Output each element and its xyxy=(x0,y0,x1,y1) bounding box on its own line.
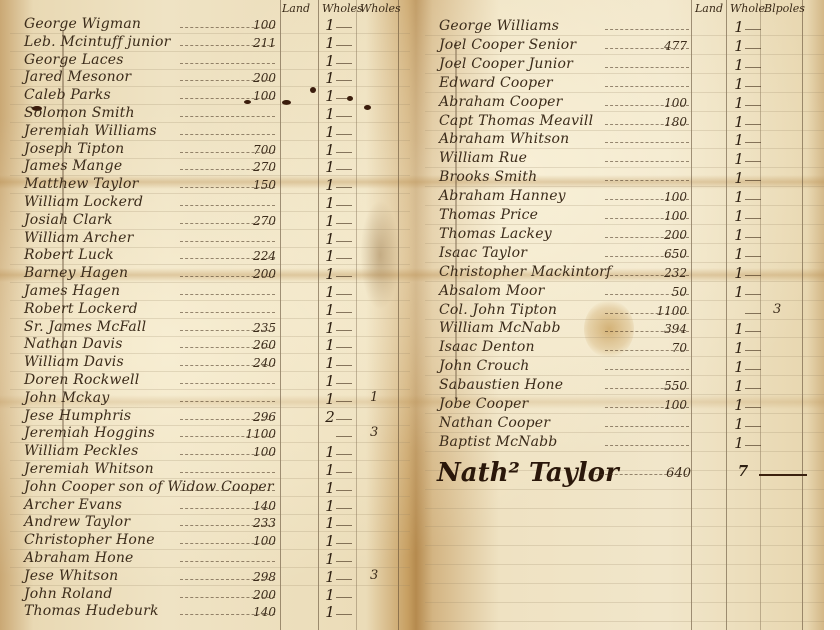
whole-count: 1 xyxy=(731,150,747,168)
tally-mark xyxy=(336,312,352,313)
taxpayer-name: Joel Cooper Senior xyxy=(439,37,576,53)
tally-mark xyxy=(745,445,761,446)
tally-mark xyxy=(336,383,352,384)
land-value: 140 xyxy=(236,499,276,513)
tally-mark xyxy=(745,161,761,162)
total-mark xyxy=(759,474,807,476)
taxpayer-name: Abraham Cooper xyxy=(439,94,563,110)
land-value: 260 xyxy=(236,338,276,352)
leader-dash xyxy=(605,369,689,370)
tally-mark xyxy=(336,525,352,526)
taxpayer-name: James Mange xyxy=(24,158,122,174)
tally-mark xyxy=(745,426,761,427)
tally-mark xyxy=(336,152,352,153)
land-value: 140 xyxy=(236,605,276,619)
tally-mark xyxy=(745,124,761,125)
tally-mark xyxy=(336,614,352,615)
table-row: Baptist McNabb 1 xyxy=(425,434,830,456)
tally-mark xyxy=(336,98,352,99)
land-value: 100 xyxy=(647,96,687,110)
land-value: 550 xyxy=(647,379,687,393)
taxpayer-name: Baptist McNabb xyxy=(439,434,557,450)
taxpayer-name: Jeremiah Hoggins xyxy=(24,425,155,441)
taxpayer-name: John Roland xyxy=(24,586,113,602)
ruled-line xyxy=(425,621,830,622)
taxpayer-name: Abraham Whitson xyxy=(439,131,569,147)
tally-mark xyxy=(336,223,352,224)
signature-whole: 7 xyxy=(735,462,751,480)
land-value: 50 xyxy=(647,285,687,299)
tally-mark xyxy=(336,419,352,420)
ruled-line xyxy=(425,583,830,584)
tally-mark xyxy=(336,205,352,206)
leader-dash xyxy=(605,426,689,427)
tally-mark xyxy=(336,241,352,242)
tally-mark xyxy=(745,237,761,238)
whole-count: 1 xyxy=(322,586,338,604)
taxpayer-name: Abraham Hone xyxy=(24,550,134,566)
tally-mark xyxy=(745,275,761,276)
leader-dash xyxy=(180,134,275,135)
taxpayer-name: Jeremiah Whitson xyxy=(24,461,154,477)
taxpayer-name: Leb. Mcintuff junior xyxy=(24,34,171,50)
land-value: 100 xyxy=(647,209,687,223)
signature: Nath² Taylor xyxy=(437,458,619,488)
whole-count: 1 xyxy=(731,320,747,338)
whole-count: 1 xyxy=(731,18,747,36)
tally-mark xyxy=(336,347,352,348)
whole-count: 1 xyxy=(731,131,747,149)
whole-count: 1 xyxy=(322,105,338,123)
taxpayer-name: Brooks Smith xyxy=(439,169,537,185)
tally-mark xyxy=(336,169,352,170)
taxpayer-name: William Lockerd xyxy=(24,194,143,210)
whole-count: 1 xyxy=(322,354,338,372)
land-value: 235 xyxy=(236,321,276,335)
tally-mark xyxy=(336,294,352,295)
land-value: 394 xyxy=(647,322,687,336)
land-value: 180 xyxy=(647,115,687,129)
tally-mark xyxy=(336,472,352,473)
land-value: 100 xyxy=(236,18,276,32)
whole-count: 1 xyxy=(322,532,338,550)
extra-count: 3 xyxy=(370,425,378,440)
leader-dash xyxy=(605,67,689,68)
whole-count: 1 xyxy=(731,377,747,395)
whole-count: 1 xyxy=(322,603,338,621)
ruled-line xyxy=(425,564,830,565)
taxpayer-name: Jese Humphris xyxy=(24,408,131,424)
tally-mark xyxy=(745,331,761,332)
whole-count: 1 xyxy=(731,75,747,93)
land-value: 296 xyxy=(236,410,276,424)
taxpayer-name: Matthew Taylor xyxy=(24,176,139,192)
table-row: Thomas Hudeburk 140 1 xyxy=(10,603,410,625)
tally-mark xyxy=(745,199,761,200)
whole-count: 1 xyxy=(322,461,338,479)
tally-mark xyxy=(336,401,352,402)
whole-count: 1 xyxy=(322,158,338,176)
ruled-line xyxy=(425,508,830,509)
land-value: 200 xyxy=(647,228,687,242)
tally-mark xyxy=(336,597,352,598)
tally-mark xyxy=(745,313,761,314)
land-value: 1100 xyxy=(236,427,276,441)
land-value: 200 xyxy=(236,267,276,281)
tally-mark xyxy=(336,454,352,455)
taxpayer-name: Jobe Cooper xyxy=(439,396,528,412)
taxpayer-name: Robert Luck xyxy=(24,247,114,263)
whole-count: 1 xyxy=(322,372,338,390)
taxpayer-name: Thomas Hudeburk xyxy=(24,603,159,619)
whole-count: 1 xyxy=(322,265,338,283)
whole-count: 1 xyxy=(322,194,338,212)
land-value: 150 xyxy=(236,178,276,192)
whole-count: 2 xyxy=(322,408,338,426)
tally-mark xyxy=(745,67,761,68)
land-value: 211 xyxy=(236,36,276,50)
extra-count: 1 xyxy=(370,390,378,405)
taxpayer-name: Nathan Davis xyxy=(24,336,123,352)
whole-count: 1 xyxy=(731,283,747,301)
whole-count: 1 xyxy=(731,339,747,357)
tally-mark xyxy=(745,294,761,295)
whole-count: 1 xyxy=(731,264,747,282)
leader-dash xyxy=(605,29,689,30)
whole-count: 1 xyxy=(731,56,747,74)
land-value: 240 xyxy=(236,356,276,370)
land-value: 70 xyxy=(647,341,687,355)
taxpayer-name: Archer Evans xyxy=(24,497,122,513)
leader-dash xyxy=(180,490,275,491)
whole-count: 1 xyxy=(322,497,338,515)
taxpayer-name: Absalom Moor xyxy=(439,283,545,299)
whole-count: 1 xyxy=(322,247,338,265)
tally-mark xyxy=(745,350,761,351)
extra-count: 3 xyxy=(370,568,378,583)
land-value: 298 xyxy=(236,570,276,584)
leader-dash xyxy=(180,294,275,295)
header-wholes-2: Wholes xyxy=(360,2,401,15)
whole-count: 1 xyxy=(731,396,747,414)
whole-count: 1 xyxy=(322,230,338,248)
taxpayer-name: Doren Rockwell xyxy=(24,372,139,388)
taxpayer-name: George Laces xyxy=(24,52,124,68)
leader-dash xyxy=(180,312,275,313)
tally-mark xyxy=(336,543,352,544)
land-value: 100 xyxy=(236,534,276,548)
land-value: 700 xyxy=(236,143,276,157)
leader-dash xyxy=(180,472,275,473)
whole-count: 1 xyxy=(322,52,338,70)
land-value: 100 xyxy=(647,398,687,412)
whole-count: 1 xyxy=(322,34,338,52)
whole-count: 1 xyxy=(322,443,338,461)
taxpayer-name: Robert Lockerd xyxy=(24,301,138,317)
whole-count: 1 xyxy=(322,283,338,301)
tally-mark xyxy=(336,276,352,277)
land-value: 224 xyxy=(236,249,276,263)
tally-mark xyxy=(745,29,761,30)
tally-mark xyxy=(336,330,352,331)
whole-count: 1 xyxy=(322,176,338,194)
taxpayer-name: Col. John Tipton xyxy=(439,302,557,318)
whole-count: 1 xyxy=(731,113,747,131)
taxpayer-name: Joseph Tipton xyxy=(24,141,124,157)
tally-mark xyxy=(336,134,352,135)
tally-mark xyxy=(336,45,352,46)
land-value: 270 xyxy=(236,160,276,174)
document-sheet: Land Wholes Wholes George Wigman 100 1 L… xyxy=(0,0,832,630)
whole-count: 1 xyxy=(731,358,747,376)
header-land: Land xyxy=(695,2,723,15)
whole-count: 1 xyxy=(322,212,338,230)
taxpayer-name: William Davis xyxy=(24,354,124,370)
land-value: 232 xyxy=(647,266,687,280)
whole-count: 1 xyxy=(731,434,747,452)
land-value: 100 xyxy=(236,89,276,103)
whole-count: 1 xyxy=(731,94,747,112)
taxpayer-name: Sabaustien Hone xyxy=(439,377,563,393)
tally-mark xyxy=(745,48,761,49)
header-blpoles: Blpoles xyxy=(764,2,805,15)
land-value: 1100 xyxy=(647,304,687,318)
whole-count: 1 xyxy=(322,141,338,159)
taxpayer-name: George Wigman xyxy=(24,16,141,32)
land-value: 200 xyxy=(236,71,276,85)
tally-mark xyxy=(336,436,352,437)
tally-mark xyxy=(336,27,352,28)
whole-count: 1 xyxy=(322,16,338,34)
leader-dash xyxy=(180,116,275,117)
tally-mark xyxy=(336,187,352,188)
leader-dash xyxy=(180,383,275,384)
taxpayer-name: John Mckay xyxy=(24,390,109,406)
taxpayer-name: George Williams xyxy=(439,18,559,34)
leader-dash xyxy=(605,445,689,446)
leader-dash xyxy=(605,142,689,143)
taxpayer-name: Christopher Hone xyxy=(24,532,155,548)
tally-mark xyxy=(336,579,352,580)
ruled-line xyxy=(425,526,830,527)
ruled-line xyxy=(425,602,830,603)
taxpayer-name: Thomas Lackey xyxy=(439,226,552,242)
leader-dash xyxy=(605,180,689,181)
taxpayer-name: William Rue xyxy=(439,150,527,166)
whole-count: 1 xyxy=(731,415,747,433)
right-page: Land Whole Blpoles George Williams 1 Joe… xyxy=(425,0,830,630)
taxpayer-name: Edward Cooper xyxy=(439,75,553,91)
taxpayer-name: Josiah Clark xyxy=(24,212,113,228)
whole-count: 1 xyxy=(322,301,338,319)
whole-count: 1 xyxy=(731,188,747,206)
tally-mark xyxy=(745,86,761,87)
tally-mark xyxy=(336,258,352,259)
taxpayer-name: Jeremiah Williams xyxy=(24,123,157,139)
tally-mark xyxy=(336,116,352,117)
taxpayer-name: John Crouch xyxy=(439,358,529,374)
tally-mark xyxy=(336,490,352,491)
scan-edge xyxy=(824,0,832,630)
leader-dash xyxy=(180,561,275,562)
whole-count: 1 xyxy=(731,169,747,187)
taxpayer-name: Andrew Taylor xyxy=(24,514,130,530)
tally-mark xyxy=(336,365,352,366)
taxpayer-name: Christopher Mackintorf xyxy=(439,264,611,280)
taxpayer-name: Capt Thomas Meavill xyxy=(439,113,593,129)
taxpayer-name: Joel Cooper Junior xyxy=(439,56,573,72)
taxpayer-name: John Cooper son of Widow Cooper xyxy=(24,479,274,495)
taxpayer-name: Sr. James McFall xyxy=(24,319,146,335)
taxpayer-name: Solomon Smith xyxy=(24,105,135,121)
tally-mark xyxy=(336,80,352,81)
taxpayer-name: Jese Whitson xyxy=(24,568,118,584)
leader-dash xyxy=(180,63,275,64)
tally-mark xyxy=(745,218,761,219)
leader-dash xyxy=(180,241,275,242)
leader-dash xyxy=(180,205,275,206)
land-value: 100 xyxy=(236,445,276,459)
tally-mark xyxy=(745,388,761,389)
ruled-line xyxy=(425,489,830,490)
whole-count: 1 xyxy=(322,319,338,337)
taxpayer-name: William McNabb xyxy=(439,320,561,336)
taxpayer-name: Nathan Cooper xyxy=(439,415,550,431)
land-value: 477 xyxy=(647,39,687,53)
land-value: 650 xyxy=(647,247,687,261)
land-value: 200 xyxy=(236,588,276,602)
whole-count: 1 xyxy=(322,336,338,354)
taxpayer-name: Barney Hagen xyxy=(24,265,128,281)
land-value: 233 xyxy=(236,516,276,530)
whole-count: 1 xyxy=(731,37,747,55)
extra-count: 3 xyxy=(773,302,781,317)
tally-mark xyxy=(336,63,352,64)
signature-land: 640 xyxy=(651,466,691,481)
ruled-line xyxy=(425,545,830,546)
taxpayer-name: James Hagen xyxy=(24,283,120,299)
tally-mark xyxy=(745,142,761,143)
whole-count: 1 xyxy=(731,245,747,263)
header-wholes: Wholes xyxy=(322,2,363,15)
whole-count: 1 xyxy=(322,568,338,586)
header-land: Land xyxy=(282,2,310,15)
tally-mark xyxy=(745,369,761,370)
whole-count: 1 xyxy=(322,514,338,532)
tally-mark xyxy=(745,256,761,257)
whole-count: 1 xyxy=(322,87,338,105)
whole-count: 1 xyxy=(322,69,338,87)
taxpayer-name: Thomas Price xyxy=(439,207,538,223)
whole-count: 1 xyxy=(322,550,338,568)
leader-dash xyxy=(605,86,689,87)
taxpayer-name: Isaac Denton xyxy=(439,339,535,355)
whole-count: 1 xyxy=(322,479,338,497)
land-value: 270 xyxy=(236,214,276,228)
taxpayer-name: Caleb Parks xyxy=(24,87,111,103)
leader-dash xyxy=(180,401,275,402)
left-page: Land Wholes Wholes George Wigman 100 1 L… xyxy=(10,0,410,630)
tally-mark xyxy=(336,508,352,509)
tally-mark xyxy=(745,180,761,181)
taxpayer-name: Abraham Hanney xyxy=(439,188,566,204)
leader-dash xyxy=(605,161,689,162)
taxpayer-name: William Peckles xyxy=(24,443,138,459)
tally-mark xyxy=(745,407,761,408)
taxpayer-name: Jared Mesonor xyxy=(24,69,131,85)
land-value: 100 xyxy=(647,190,687,204)
tally-mark xyxy=(336,561,352,562)
header-whole: Whole xyxy=(730,2,765,15)
whole-count: 1 xyxy=(731,226,747,244)
whole-count: 1 xyxy=(322,123,338,141)
whole-count: 1 xyxy=(731,207,747,225)
tally-mark xyxy=(745,105,761,106)
whole-count: 1 xyxy=(322,390,338,408)
taxpayer-name: Isaac Taylor xyxy=(439,245,527,261)
taxpayer-name: William Archer xyxy=(24,230,134,246)
